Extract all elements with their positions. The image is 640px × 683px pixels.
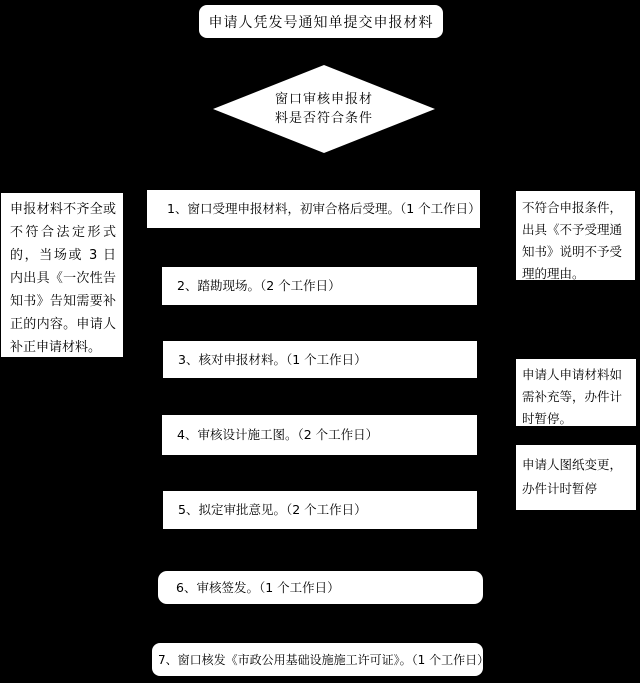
flowchart-canvas: 申请人凭发号通知单提交申报材料 窗口审核申报材 料是否符合条件 1、窗口受理申报…	[0, 0, 640, 683]
step-7-label: 7、窗口核发《市政公用基础设施施工许可证》。（1 个工作日）	[158, 652, 489, 668]
step-node-1: 1、窗口受理申报材料，初审合格后受理。（1 个工作日）	[147, 190, 480, 228]
right-annotation-note-2: 申请人申请材料如需补充等，办件计时暂停。	[516, 359, 636, 426]
right-annotation-note-3: 申请人图纸变更，办件计时暂停	[516, 445, 636, 510]
step-3-label: 3、核对申报材料。（1 个工作日）	[178, 352, 367, 368]
left-annotation-text: 申报材料不齐全或不符合法定形式的，当场或 3 日内出具《一次性告知书》告知需要补…	[10, 202, 116, 355]
right-annotation-2-text: 申请人申请材料如需补充等，办件计时暂停。	[522, 367, 622, 426]
step-2-label: 2、踏勘现场。（2 个工作日）	[177, 278, 341, 294]
right-annotation-1-text: 不符合申报条件，出具《不予受理通知书》说明不予受理的理由。	[522, 200, 622, 281]
step-node-4: 4、审核设计施工图。（2 个工作日）	[162, 415, 477, 455]
step-node-5: 5、拟定审批意见。（2 个工作日）	[163, 491, 477, 529]
left-annotation-note: 申报材料不齐全或不符合法定形式的，当场或 3 日内出具《一次性告知书》告知需要补…	[1, 193, 123, 357]
right-annotation-note-1: 不符合申报条件，出具《不予受理通知书》说明不予受理的理由。	[516, 191, 635, 280]
decision-label: 窗口审核申报材 料是否符合条件	[275, 90, 373, 128]
start-node: 申请人凭发号通知单提交申报材料	[199, 5, 443, 38]
step-node-3: 3、核对申报材料。（1 个工作日）	[163, 341, 477, 378]
step-node-7: 7、窗口核发《市政公用基础设施施工许可证》。（1 个工作日）	[152, 643, 483, 676]
step-1-label: 1、窗口受理申报材料，初审合格后受理。（1 个工作日）	[167, 201, 481, 217]
decision-diamond: 窗口审核申报材 料是否符合条件	[213, 65, 435, 153]
right-annotation-3-text: 申请人图纸变更，办件计时暂停	[522, 457, 622, 496]
step-4-label: 4、审核设计施工图。（2 个工作日）	[177, 427, 378, 443]
step-node-6: 6、审核签发。（1 个工作日）	[158, 571, 483, 604]
step-node-2: 2、踏勘现场。（2 个工作日）	[162, 267, 477, 305]
step-5-label: 5、拟定审批意见。（2 个工作日）	[178, 502, 367, 518]
start-node-label: 申请人凭发号通知单提交申报材料	[209, 12, 434, 32]
step-6-label: 6、审核签发。（1 个工作日）	[176, 580, 340, 596]
